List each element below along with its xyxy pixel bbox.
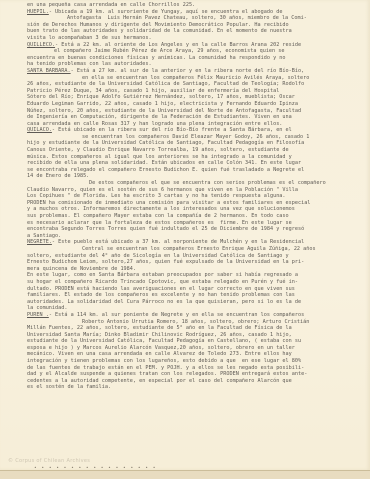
line-text: dad y el Alcalde suspende a quienes trat…: [27, 371, 307, 377]
text-line: autoridades. La solidaridad del Cura Pár…: [27, 299, 365, 306]
line-text: dultado. PRODEN está haciendo las averig…: [27, 286, 295, 292]
text-line: se encontraba relegado el compañero Erne…: [27, 167, 365, 174]
text-line: recibido de ella una plena solidaridad. …: [27, 160, 365, 167]
line-text: integración y tienen problemas con los l…: [27, 358, 301, 364]
line-text: en ella se encuentran los compañeros Fél…: [82, 75, 309, 81]
text-line: buen trato de las autoridades y solidari…: [27, 28, 365, 35]
text-line: y a muchos otros. Informaremos directame…: [27, 206, 365, 213]
line-text: de Ingeniería en Computación, dirigente …: [27, 114, 292, 120]
place-name: SANTA BARBARA.: [27, 68, 71, 74]
line-text: la comunidad.: [27, 305, 68, 311]
text-line: estudiante de la Universidad Católica, F…: [27, 338, 365, 345]
line-text: De estos compañeros el que se encuentra …: [89, 180, 326, 186]
line-text: su hogar el compañero Ricardo Trincado C…: [27, 279, 298, 285]
text-line: hijo y estudiante de la Universidad Cató…: [27, 140, 365, 147]
text-line: Los Copihues " de Florida. Les ha escrit…: [27, 193, 365, 200]
line-text: PRODEN ha comisionado de inmediato una c…: [27, 200, 310, 206]
text-line: Eduardo Legiman Garrido, 22 años, casado…: [27, 101, 365, 108]
text-line: De estos compañeros el que se encuentra …: [27, 180, 365, 187]
document-body: en una pequeña casa arrendada en calle C…: [27, 2, 365, 391]
line-text: el compañero Jaime Rubén Pérez de Arce A…: [54, 48, 285, 54]
line-text: - Está a 22 km. al oriente de Los Angele…: [55, 42, 301, 48]
line-text: a Santiago.: [27, 233, 61, 239]
line-text: y a muchos otros. Informaremos directame…: [27, 206, 295, 212]
line-text: ha tenido problemas con las autoridades.: [27, 61, 152, 67]
text-line: ha tenido problemas con las autoridades.: [27, 61, 365, 68]
line-text: En este lugar, como en Santa Bárbara est…: [27, 272, 298, 278]
line-text: es necesario aclarar que la fortaleza de…: [27, 220, 292, 226]
line-text: Universidad Santa María; Dinko Bladimir …: [27, 332, 292, 338]
line-text: cedentes a la autoridad competente, en e…: [27, 378, 292, 384]
line-text: Patricio Pérez Duque, 34 años, casado 1 …: [27, 88, 279, 94]
text-line: visita lo acompañaban 3 de sus hermanos.: [27, 35, 365, 42]
line-text: Central se encuentran los compañeros Ern…: [82, 246, 316, 252]
line-text: Ernesto Budichom Leiom, soltero,27 años,…: [27, 259, 304, 265]
text-line: Millán Fuentes, 22 años, soltero, estudi…: [27, 325, 365, 332]
line-text: mecánico. Viven en una casa arrendada en…: [27, 351, 292, 357]
text-line: En este lugar, como en Santa Bárbara est…: [27, 272, 365, 279]
line-text: Canous Oriente, y Claudio Enrique Navarr…: [27, 147, 289, 153]
place-name: PUREN .: [27, 312, 49, 318]
place-name: QUILACO.: [27, 127, 52, 133]
line-text: Los Copihues " de Florida. Les ha escrit…: [27, 193, 286, 199]
line-text: esposa e hijo ) y Marcos Aurelio Alarcón…: [27, 345, 295, 351]
line-text: buen trato de las autoridades y solidari…: [27, 28, 292, 34]
text-line: 26 años, estudiante de la Universidad Ca…: [27, 81, 365, 88]
text-line: sus problemas. El compañero Mayer estaba…: [27, 213, 365, 220]
line-text: se encontraba relegado el compañero Erne…: [27, 167, 304, 173]
text-line: Central se encuentran los compañeros Ern…: [27, 246, 365, 253]
line-text: de las fuentes de trabajo están en el PE…: [27, 365, 304, 371]
section-heading-line: PUREN .- Está a 114 km. al sur poniente …: [27, 312, 365, 319]
line-text: mera quincena de Noviembre de 1984.: [27, 266, 136, 272]
line-text: visita lo acompañaban 3 de sus hermanos.: [27, 35, 152, 41]
text-line: Sótero del Río; Enrique Adolfo Gutiérrez…: [27, 94, 365, 101]
section-heading-line: SANTA BARBARA.- Está a 27 km. al sur de …: [27, 68, 365, 75]
place-name: QUILLECO.: [27, 42, 55, 48]
text-line: encuentra en buenas condiciones físicas …: [27, 55, 365, 62]
line-text: Roberto Antonio Urrutia Romero, 18 años,…: [82, 319, 309, 325]
archive-stamp: © Corpus of Chilean Archives: [8, 458, 90, 464]
line-text: casa arrendada en calle Rosas 317 y han …: [27, 121, 282, 127]
line-text: Millán Fuentes, 22 años, soltero, estudi…: [27, 325, 292, 331]
line-text: hijo y estudiante de la Universidad Cató…: [27, 140, 304, 146]
text-line: su hogar el compañero Ricardo Trincado C…: [27, 279, 365, 286]
text-line: dultado. PRODEN está haciendo las averig…: [27, 286, 365, 293]
text-line: en una pequeña casa arrendada en calle C…: [27, 2, 365, 9]
line-text: música. Estos compañeros al igual que lo…: [27, 154, 292, 160]
line-text: sión de Derechos Humanos y dirigente del…: [27, 22, 289, 28]
line-text: Eduardo Legiman Garrido, 22 años, casado…: [27, 101, 298, 107]
text-line: de Ingeniería en Computación, dirigente …: [27, 114, 365, 121]
line-text: soltero, estudiante del 4° año de Sicolo…: [27, 253, 289, 259]
line-text: es el sostén de la familia.: [27, 384, 111, 390]
line-text: Núñez, soltero, 20 años, estudiante de l…: [27, 108, 301, 114]
line-text: autoridades. La solidaridad del Cura Pár…: [27, 299, 301, 305]
section-heading-line: NEGRETE.- Este pueblo está ubicado a 37 …: [27, 239, 365, 246]
text-line: dad y el Alcalde suspende a quienes trat…: [27, 371, 365, 378]
line-text: en una pequeña casa arrendada en calle C…: [27, 2, 195, 8]
line-text: Antofagasta Luis Hernán Pavez Chateau, s…: [67, 15, 307, 21]
line-text: - Está ubicado en la ribera sur del río …: [52, 127, 292, 133]
line-text: 26 años, estudiante de la Universidad Ca…: [27, 81, 304, 87]
text-line: familiares. El estado de los compañeros …: [27, 292, 365, 299]
text-line: Canous Oriente, y Claudio Enrique Navarr…: [27, 147, 365, 154]
line-text: 14 de Enero de 1985.: [27, 173, 89, 179]
line-text: se encuentran los compañeros David Eleaz…: [82, 134, 309, 140]
text-line: PRODEN ha comisionado de inmediato una c…: [27, 200, 365, 207]
text-line: la comunidad.: [27, 305, 365, 312]
line-text: - Este pueblo está ubicado a 37 km. al n…: [52, 239, 304, 245]
text-line: integración y tienen problemas con los l…: [27, 358, 365, 365]
text-line: 14 de Enero de 1985.: [27, 173, 365, 180]
line-text: estudiante de la Universidad Católica, F…: [27, 338, 301, 344]
line-text: sus problemas. El compañero Mayer estaba…: [27, 213, 289, 219]
line-text: familiares. El estado de los compañeros …: [27, 292, 295, 298]
place-name: HUEPIL.: [27, 9, 49, 15]
section-heading-line: QUILACO.- Está ubicado en la ribera sur …: [27, 127, 365, 134]
page-edge: [0, 470, 370, 479]
text-line: encontraba Segundo Torres Torres quien f…: [27, 226, 365, 233]
line-text: Claudio Navarro, quien es el sostén de s…: [27, 187, 298, 193]
place-name: NEGRETE.: [27, 239, 52, 245]
line-text: - Está a 114 km. al sur poniente de Negr…: [49, 312, 304, 318]
line-text: encontraba Segundo Torres Torres quien f…: [27, 226, 304, 232]
text-line: el compañero Jaime Rubén Pérez de Arce A…: [27, 48, 365, 55]
text-line: es el sostén de la familia.: [27, 384, 365, 391]
line-text: - Está a 27 km. al sur de la anterior y …: [71, 68, 305, 74]
line-text: - Ubicada a 19 km. al suroriente de Yung…: [49, 9, 283, 15]
line-text: Sótero del Río; Enrique Adolfo Gutiérrez…: [27, 94, 295, 100]
line-text: recibido de ella una plena solidaridad. …: [27, 160, 301, 166]
text-line: Ernesto Budichom Leiom, soltero,27 años,…: [27, 259, 365, 266]
line-text: encuentra en buenas condiciones físicas …: [27, 55, 286, 61]
text-line: Claudio Navarro, quien es el sostén de s…: [27, 187, 365, 194]
text-line: Antofagasta Luis Hernán Pavez Chateau, s…: [27, 15, 365, 22]
text-line: sión de Derechos Humanos y dirigente del…: [27, 22, 365, 29]
document-page: en una pequeña casa arrendada en calle C…: [0, 0, 370, 470]
